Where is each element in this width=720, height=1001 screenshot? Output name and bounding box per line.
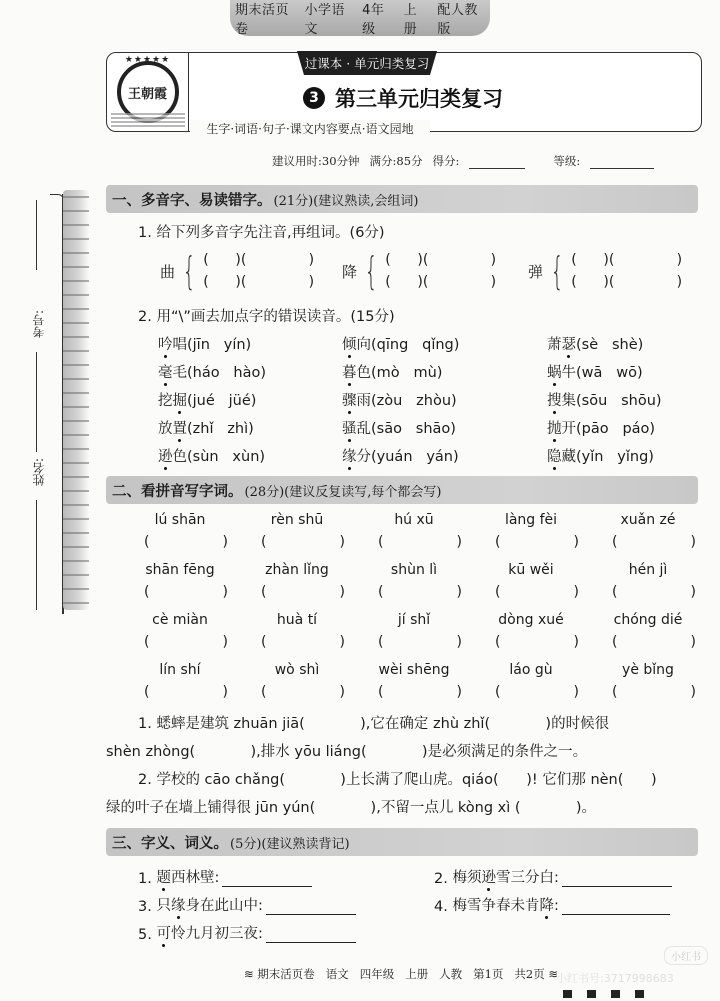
pinyin-item: làng fèi() <box>471 512 591 550</box>
word-char-1: 骚 <box>342 421 357 437</box>
word-char-1: 缘 <box>342 449 357 465</box>
pinyin-text: xuǎn zé <box>588 512 708 528</box>
pinyin-item: wèi shēng() <box>354 662 474 700</box>
paren-close: ) <box>340 634 345 650</box>
brace-icon: { <box>550 252 563 290</box>
logo-cell: ★★★★★ 王朝霞 <box>107 53 189 131</box>
answer-box[interactable]: () <box>120 684 240 700</box>
registration-mark <box>563 990 572 998</box>
item-text: 题西林壁: <box>156 866 219 887</box>
pinyin-options: (sùn xùn) <box>187 449 265 465</box>
word-char-1: 放 <box>158 421 173 437</box>
pinyin-item: láo gù() <box>471 662 591 700</box>
paren-close: ) <box>340 684 345 700</box>
paren-open: ( <box>261 534 266 550</box>
answer-line[interactable] <box>562 901 670 915</box>
item-text: 梅雪争春未肯降: <box>452 894 558 915</box>
paren-open: ( <box>495 584 500 600</box>
word-char-2: 置 <box>173 421 188 437</box>
paren-close: ) <box>457 534 462 550</box>
paren-close: ) <box>574 634 579 650</box>
answer-row[interactable]: ( )( ) <box>385 274 496 290</box>
pinyin-text: wò shì <box>237 662 357 678</box>
meaning-item: 1. 题西林壁: <box>138 866 312 887</box>
word-char-1: 逊 <box>158 449 173 465</box>
pinyin-text: làng fèi <box>471 512 591 528</box>
answer-box[interactable]: () <box>354 534 474 550</box>
paren-open: ( <box>612 634 617 650</box>
sentence-1-line-2: shèn zhòng( ),排水 yōu liáng( )是必须满足的条件之一。 <box>106 740 587 761</box>
paren-open: ( <box>261 684 266 700</box>
question-1-2: 2. 用“\”画去加点字的错误读音。(15分) <box>138 305 395 326</box>
word-char-1: 萧 <box>547 337 562 353</box>
word-char-2: 色 <box>173 449 188 465</box>
full-score-label: 满分:85分 <box>370 153 423 169</box>
answer-box[interactable]: () <box>588 684 708 700</box>
paren-close: ) <box>691 584 696 600</box>
pronunciation-item[interactable]: 倾向(qīng qǐng) <box>342 333 459 354</box>
exam-no-rule <box>36 200 37 270</box>
word-char-2: 集 <box>562 393 577 409</box>
exam-no-label: 考号: <box>30 310 47 338</box>
item-number: 4. <box>434 899 452 915</box>
brace-icon: { <box>364 252 377 290</box>
pinyin-item: wò shì() <box>237 662 357 700</box>
pinyin-text: chóng dié <box>588 612 708 628</box>
top-tab-edition: 配人教版 <box>437 0 485 37</box>
pronunciation-item[interactable]: 吟唱(jīn yín) <box>158 333 251 354</box>
pinyin-options: (sāo shāo) <box>371 421 456 437</box>
word-char-1: 搜 <box>547 393 562 409</box>
top-tab-series: 期末活页卷 <box>235 0 294 37</box>
section-3-note: (5分)(建议熟读背记) <box>230 833 350 852</box>
word-char-1: 挖 <box>158 393 173 409</box>
word-char-2: 牛 <box>562 365 577 381</box>
pronunciation-item[interactable]: 抛开(pāo páo) <box>547 417 655 438</box>
paren-open: ( <box>261 584 266 600</box>
registration-mark <box>587 990 596 998</box>
pinyin-text: láo gù <box>471 662 591 678</box>
pinyin-options: (yǐn yǐng) <box>576 449 654 465</box>
watermark-text: 小红书号:3717998683 <box>556 970 674 986</box>
word-char-1: 暮 <box>342 365 357 381</box>
registration-mark <box>635 990 644 998</box>
page-title: 3 第三单元归类复习 <box>303 83 503 113</box>
pinyin-text: cè miàn <box>120 612 240 628</box>
answer-box[interactable]: () <box>354 634 474 650</box>
pronunciation-item[interactable]: 缘分(yuán yán) <box>342 445 459 466</box>
paren-open: ( <box>378 634 383 650</box>
top-tab-grade: 4年级 <box>362 0 394 37</box>
word-char-2: 乱 <box>357 421 372 437</box>
pronunciation-item[interactable]: 搜集(sōu shōu) <box>547 389 662 410</box>
paren-open: ( <box>144 534 149 550</box>
pinyin-text: lú shān <box>120 512 240 528</box>
pronunciation-item[interactable]: 毫毛(háo hào) <box>158 361 266 382</box>
answer-line[interactable] <box>222 873 312 887</box>
paren-close: ) <box>223 584 228 600</box>
pinyin-item: hú xū() <box>354 512 474 550</box>
answer-box[interactable]: () <box>237 584 357 600</box>
section-2-title: 二、看拼音写字词。 <box>112 480 243 501</box>
answer-row[interactable]: ( )( ) <box>203 274 314 290</box>
answer-box[interactable]: () <box>588 584 708 600</box>
question-1-1: 1. 给下列多音字先注音,再组词。(6分) <box>138 221 385 242</box>
word-char-2: 分 <box>357 449 372 465</box>
pinyin-options: (sè shè) <box>576 337 643 353</box>
pinyin-text: hú xū <box>354 512 474 528</box>
paren-open: ( <box>378 584 383 600</box>
pinyin-options: (pāo páo) <box>576 421 655 437</box>
item-text: 梅须逊雪三分白: <box>452 866 558 887</box>
word-char-2: 向 <box>357 337 372 353</box>
polyphone-char: 降 <box>342 261 357 282</box>
polyphone-2: 降 { ( )( )( )( ) <box>342 247 496 295</box>
pinyin-item: chóng dié() <box>588 612 708 650</box>
section-2-header: 二、看拼音写字词。 (28分)(建议反复读写,每个都会写) <box>106 476 698 504</box>
paren-close: ) <box>223 534 228 550</box>
section-1-title: 一、多音字、易读错字。 <box>112 189 272 210</box>
pinyin-options: (zòu zhòu) <box>371 393 457 409</box>
answer-box[interactable]: () <box>120 534 240 550</box>
pinyin-text: zhàn lǐng <box>237 562 357 578</box>
meaning-item: 5. 可怜九月初三夜: <box>138 922 356 943</box>
sentence-1-line-1: 1. 蟋蟀是建筑 zhuān jiā( ),它在确定 zhù zhǐ( )的时候… <box>138 712 609 733</box>
pinyin-options: (yuán yán) <box>371 449 459 465</box>
pinyin-item: jí shǐ() <box>354 612 474 650</box>
item-text: 可怜九月初三夜: <box>156 922 262 943</box>
answer-line[interactable] <box>266 901 356 915</box>
paren-close: ) <box>457 584 462 600</box>
word-char-2: 开 <box>562 421 577 437</box>
word-char-2: 瑟 <box>562 337 577 353</box>
name-label: 姓名: <box>30 458 47 486</box>
pronunciation-item[interactable]: 骤雨(zòu zhòu) <box>342 389 457 410</box>
polyphone-1: 曲 { ( )( )( )( ) <box>160 247 314 295</box>
answer-box[interactable]: () <box>471 684 591 700</box>
registration-mark <box>611 990 620 998</box>
pinyin-item: xuǎn zé() <box>588 512 708 550</box>
pinyin-text: hén jì <box>588 562 708 578</box>
name-rule-top[interactable] <box>36 352 37 452</box>
paren-open: ( <box>261 634 266 650</box>
item-number: 1. <box>138 871 156 887</box>
word-char-1: 隐 <box>547 449 562 465</box>
time-label: 建议用时:30分钟 <box>272 153 360 169</box>
answer-box[interactable]: () <box>471 534 591 550</box>
pinyin-text: rèn shū <box>237 512 357 528</box>
pronunciation-item[interactable]: 挖掘(jué jüé) <box>158 389 256 410</box>
item-number: 3. <box>138 899 156 915</box>
paren-close: ) <box>457 684 462 700</box>
answer-box[interactable]: () <box>237 684 357 700</box>
word-char-2: 掘 <box>173 393 188 409</box>
word-char-2: 毛 <box>173 365 188 381</box>
pinyin-text: huà tí <box>237 612 357 628</box>
word-char-2: 雨 <box>357 393 372 409</box>
paren-open: ( <box>612 534 617 550</box>
answer-row[interactable]: ( )( ) <box>571 252 682 268</box>
word-char-1: 倾 <box>342 337 357 353</box>
pinyin-text: kū wěi <box>471 562 591 578</box>
pinyin-options: (wā wō) <box>576 365 643 381</box>
paren-open: ( <box>144 634 149 650</box>
meaning-item: 2. 梅须逊雪三分白: <box>434 866 672 887</box>
paren-close: ) <box>223 634 228 650</box>
paren-close: ) <box>340 534 345 550</box>
section-2-note: (28分)(建议反复读写,每个都会写) <box>245 481 442 500</box>
word-char-2: 色 <box>357 365 372 381</box>
paren-close: ) <box>691 684 696 700</box>
answer-box[interactable]: () <box>471 634 591 650</box>
sentence-2-line-1: 2. 学校的 cāo chǎng( )上长满了爬山虎。qiáo( )! 它们那 … <box>138 768 657 789</box>
brace-icon: { <box>182 252 195 290</box>
unit-number-badge: 3 <box>303 87 325 109</box>
paren-open: ( <box>495 634 500 650</box>
answer-line[interactable] <box>266 929 356 943</box>
section-1-header: 一、多音字、易读错字。 (21分)(建议熟读,会组词) <box>106 185 698 213</box>
pinyin-options: (jué jüé) <box>187 393 256 409</box>
pronunciation-item[interactable]: 逊色(sùn xùn) <box>158 445 265 466</box>
binding-wave-decoration <box>63 190 89 610</box>
item-number: 5. <box>138 927 156 943</box>
name-rule-bottom[interactable] <box>36 500 37 610</box>
answer-box[interactable]: () <box>471 584 591 600</box>
section-3-title: 三、字义、词义。 <box>112 832 228 853</box>
pinyin-item: kū wěi() <box>471 562 591 600</box>
word-char-2: 唱 <box>173 337 188 353</box>
answer-box[interactable]: () <box>237 534 357 550</box>
paren-close: ) <box>691 634 696 650</box>
item-number: 2. <box>434 871 452 887</box>
pinyin-item: zhàn lǐng() <box>237 562 357 600</box>
pinyin-text: jí shǐ <box>354 612 474 628</box>
answer-box[interactable]: () <box>588 634 708 650</box>
pinyin-item: lú shān() <box>120 512 240 550</box>
logo-waves-icon <box>111 113 185 127</box>
answer-row[interactable]: ( )( ) <box>385 252 496 268</box>
pronunciation-item[interactable]: 骚乱(sāo shāo) <box>342 417 456 438</box>
meaning-item: 4. 梅雪争春未肯降: <box>434 894 670 915</box>
top-tab-title: 期末活页卷 小学语文 4年级 上册 配人教版 <box>230 0 490 36</box>
pinyin-text: shān fēng <box>120 562 240 578</box>
answer-line[interactable] <box>562 873 672 887</box>
paren-close: ) <box>574 684 579 700</box>
pinyin-options: (háo hào) <box>187 365 266 381</box>
watermark-badge: 小红书 <box>664 946 708 965</box>
pronunciation-item[interactable]: 暮色(mò mù) <box>342 361 442 382</box>
pinyin-item: shān fēng() <box>120 562 240 600</box>
answer-box[interactable]: () <box>354 684 474 700</box>
answer-row[interactable]: ( )( ) <box>203 252 314 268</box>
polyphone-3: 弹 { ( )( )( )( ) <box>528 247 682 295</box>
answer-box[interactable]: () <box>120 634 240 650</box>
paren-open: ( <box>495 534 500 550</box>
paren-close: ) <box>457 634 462 650</box>
word-char-1: 吟 <box>158 337 173 353</box>
pinyin-text: wèi shēng <box>354 662 474 678</box>
pinyin-text: dòng xué <box>471 612 591 628</box>
banner-label: 过课本 · 单元归类复习 <box>297 51 437 75</box>
top-tab-subject: 小学语文 <box>304 0 352 37</box>
paren-open: ( <box>144 684 149 700</box>
pinyin-options: (jīn yín) <box>187 337 251 353</box>
grade-label: 等级: <box>553 153 580 169</box>
pinyin-options: (sōu shōu) <box>576 393 662 409</box>
paren-open: ( <box>378 534 383 550</box>
answer-box[interactable]: () <box>237 634 357 650</box>
meaning-item: 3. 只缘身在此山中: <box>138 894 356 915</box>
pinyin-options: (zhǐ zhì) <box>187 421 254 437</box>
score-field[interactable] <box>469 157 525 169</box>
answer-box[interactable]: () <box>588 534 708 550</box>
answer-row[interactable]: ( )( ) <box>571 274 682 290</box>
top-tab-term: 上册 <box>404 0 428 37</box>
pronunciation-item[interactable]: 放置(zhǐ zhì) <box>158 417 254 438</box>
grade-field[interactable] <box>590 157 654 169</box>
exam-meta: 建议用时:30分钟 满分:85分 得分: 等级: <box>272 153 654 169</box>
paren-open: ( <box>144 584 149 600</box>
pinyin-item: rèn shū() <box>237 512 357 550</box>
section-3-header: 三、字义、词义。 (5分)(建议熟读背记) <box>106 828 698 856</box>
pinyin-item: shùn lì() <box>354 562 474 600</box>
paren-open: ( <box>495 684 500 700</box>
paren-open: ( <box>612 584 617 600</box>
pinyin-item: huà tí() <box>237 612 357 650</box>
paren-close: ) <box>223 684 228 700</box>
pinyin-item: yè bǐng() <box>588 662 708 700</box>
pinyin-text: lín shí <box>120 662 240 678</box>
pinyin-text: yè bǐng <box>588 662 708 678</box>
word-char-1: 骤 <box>342 393 357 409</box>
pinyin-item: cè miàn() <box>120 612 240 650</box>
section-1-note: (21分)(建议熟读,会组词) <box>274 190 419 209</box>
paren-close: ) <box>691 534 696 550</box>
pronunciation-item[interactable]: 隐藏(yǐn yǐng) <box>547 445 654 466</box>
pronunciation-item[interactable]: 萧瑟(sè shè) <box>547 333 643 354</box>
score-label: 得分: <box>433 153 460 169</box>
polyphone-char: 曲 <box>160 261 175 282</box>
unit-subtitle: 生字·词语·句子·课文内容要点·语文园地 <box>190 120 430 137</box>
pinyin-text: shùn lì <box>354 562 474 578</box>
pinyin-item: lín shí() <box>120 662 240 700</box>
page-footer: ≋ 期末活页卷 语文 四年级 上册 人教 第1页 共2页 ≋ <box>244 966 558 982</box>
word-char-1: 抛 <box>547 421 562 437</box>
answer-box[interactable]: () <box>354 584 474 600</box>
sentence-2-line-2: 绿的叶子在墙上铺得很 jūn yún( ),不留一点儿 kòng xì ( )。 <box>106 796 596 817</box>
word-char-2: 藏 <box>562 449 577 465</box>
polyphone-char: 弹 <box>528 261 543 282</box>
paren-open: ( <box>378 684 383 700</box>
paren-close: ) <box>574 534 579 550</box>
unit-title-text: 第三单元归类复习 <box>335 83 503 113</box>
pronunciation-item[interactable]: 蜗牛(wā wō) <box>547 361 643 382</box>
logo-text: 王朝霞 <box>128 83 167 102</box>
paren-close: ) <box>340 584 345 600</box>
pinyin-item: dòng xué() <box>471 612 591 650</box>
word-char-1: 毫 <box>158 365 173 381</box>
answer-box[interactable]: () <box>120 584 240 600</box>
word-char-1: 蜗 <box>547 365 562 381</box>
item-text: 只缘身在此山中: <box>156 894 262 915</box>
paren-close: ) <box>574 584 579 600</box>
pinyin-options: (mò mù) <box>371 365 442 381</box>
paren-open: ( <box>612 684 617 700</box>
logo-stars-icon: ★★★★★ <box>121 55 175 65</box>
pinyin-options: (qīng qǐng) <box>371 337 459 353</box>
pinyin-item: hén jì() <box>588 562 708 600</box>
